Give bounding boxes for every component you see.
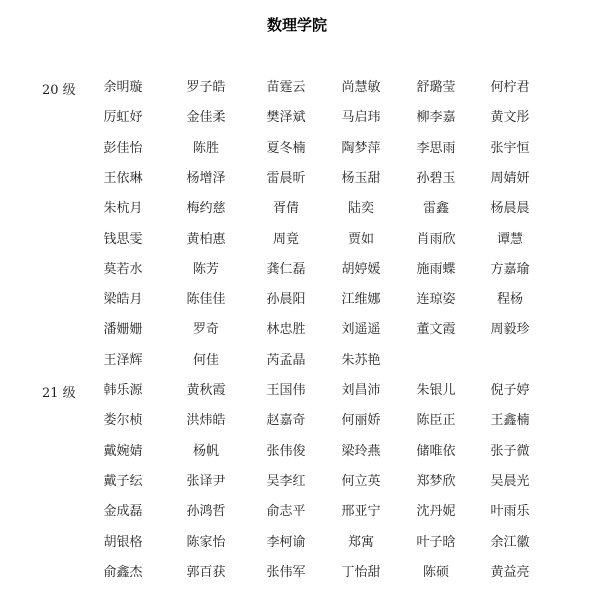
name-row: 潘姗姗罗奇林忠胜刘遥遥董文霞周毅珍 (0, 320, 594, 340)
name-row: 俞鑫杰郭百获张伟军丁怡甜陈硕黄益亮 (0, 563, 594, 583)
name-row: 彭佳怡陈胜夏冬楠陶梦萍李思雨张宇恒 (0, 139, 594, 159)
student-name: 施雨蝶 (403, 260, 469, 280)
student-name: 董文霞 (403, 320, 469, 340)
student-name: 孙晨阳 (253, 290, 319, 310)
student-name: 刘昌沛 (328, 381, 394, 401)
name-row: 戴婉婧杨帆张伟俊梁玲燕储唯依张子微 (0, 442, 594, 462)
student-name: 储唯依 (403, 442, 469, 462)
student-name: 舒璐莹 (403, 78, 469, 98)
student-name: 王国伟 (253, 381, 319, 401)
student-name: 王泽辉 (90, 351, 156, 371)
student-name: 彭佳怡 (90, 139, 156, 159)
student-name: 朱杭月 (90, 199, 156, 219)
student-name: 尚慧敏 (328, 78, 394, 98)
student-name: 何丽娇 (328, 411, 394, 431)
student-name: 倪子婷 (477, 381, 543, 401)
student-name: 何佳 (173, 351, 239, 371)
student-name: 杨晨晨 (477, 199, 543, 219)
student-name: 王依琳 (90, 169, 156, 189)
student-name: 黄文彤 (477, 108, 543, 128)
student-name: 郭百获 (173, 563, 239, 583)
student-name: 杨增泽 (173, 169, 239, 189)
student-name: 江维娜 (328, 290, 394, 310)
student-name: 贾如 (328, 230, 394, 250)
student-name: 龚仁磊 (253, 260, 319, 280)
student-name: 刘遥遥 (328, 320, 394, 340)
student-name: 胡银格 (90, 533, 156, 553)
student-name: 吴李红 (253, 472, 319, 492)
student-name: 王鑫楠 (477, 411, 543, 431)
student-name: 金成磊 (90, 502, 156, 522)
student-name: 余明璇 (90, 78, 156, 98)
student-name: 吴晨光 (477, 472, 543, 492)
student-name: 柳李嘉 (403, 108, 469, 128)
student-name: 梁皓月 (90, 290, 156, 310)
student-name: 金佳柔 (173, 108, 239, 128)
student-name: 方嘉瑜 (477, 260, 543, 280)
student-name: 苗霆云 (253, 78, 319, 98)
student-name: 厉虹妤 (90, 108, 156, 128)
student-name: 芮孟晶 (253, 351, 319, 371)
name-row: 余明璇罗子皓苗霆云尚慧敏舒璐莹何柠君 (0, 78, 594, 98)
student-name: 朱苏艳 (328, 351, 394, 371)
student-name: 洪炜皓 (173, 411, 239, 431)
student-name: 黄秋霞 (173, 381, 239, 401)
page-title: 数理学院 (0, 14, 594, 35)
student-name: 罗奇 (173, 320, 239, 340)
student-name: 肖雨欣 (403, 230, 469, 250)
name-row: 钱思雯黄柏惠周竟贾如肖雨欣谭慧 (0, 230, 594, 250)
student-name: 周婧妍 (477, 169, 543, 189)
student-name: 孙碧玉 (403, 169, 469, 189)
student-name: 林忠胜 (253, 320, 319, 340)
student-name: 胥倩 (253, 199, 319, 219)
student-name: 杨帆 (173, 442, 239, 462)
name-row: 朱杭月梅约慈胥倩陆奕雷鑫杨晨晨 (0, 199, 594, 219)
student-name: 俞鑫杰 (90, 563, 156, 583)
student-name: 张宇恒 (477, 139, 543, 159)
student-name: 陆奕 (328, 199, 394, 219)
name-row: 胡银格陈家怡李柯谕郑寓叶子晗余江徽 (0, 533, 594, 553)
student-name: 胡婷媛 (328, 260, 394, 280)
student-name: 朱银儿 (403, 381, 469, 401)
name-row: 娄尔桢洪炜皓赵嘉奇何丽娇陈臣正王鑫楠 (0, 411, 594, 431)
name-row: 王泽辉何佳芮孟晶朱苏艳 (0, 351, 594, 371)
student-name: 李柯谕 (253, 533, 319, 553)
student-name: 戴婉婧 (90, 442, 156, 462)
student-name: 陶梦萍 (328, 139, 394, 159)
student-name: 张译尹 (173, 472, 239, 492)
student-name: 何柠君 (477, 78, 543, 98)
student-name: 陈芳 (173, 260, 239, 280)
student-name: 陈臣正 (403, 411, 469, 431)
student-name: 谭慧 (477, 230, 543, 250)
name-row: 戴子纭张译尹吴李红何立英郑梦欣吴晨光 (0, 472, 594, 492)
student-name: 张伟军 (253, 563, 319, 583)
student-name: 连琼姿 (403, 290, 469, 310)
student-name: 李思雨 (403, 139, 469, 159)
student-name: 赵嘉奇 (253, 411, 319, 431)
name-row: 梁皓月陈佳佳孙晨阳江维娜连琼姿程杨 (0, 290, 594, 310)
student-name: 郑寓 (328, 533, 394, 553)
name-row: 王依琳杨增泽雷晨昕杨玉甜孙碧玉周婧妍 (0, 169, 594, 189)
student-name: 陈家怡 (173, 533, 239, 553)
student-name: 余江徽 (477, 533, 543, 553)
student-name: 俞志平 (253, 502, 319, 522)
student-name: 周毅珍 (477, 320, 543, 340)
student-name: 梁玲燕 (328, 442, 394, 462)
student-name: 潘姗姗 (90, 320, 156, 340)
student-name: 夏冬楠 (253, 139, 319, 159)
student-name: 孙鸿哲 (173, 502, 239, 522)
name-row: 金成磊孙鸿哲俞志平邢亚宁沈丹妮叶雨乐 (0, 502, 594, 522)
student-name: 周竟 (253, 230, 319, 250)
student-name: 韩乐源 (90, 381, 156, 401)
student-name: 陈胜 (173, 139, 239, 159)
student-name: 叶子晗 (403, 533, 469, 553)
student-name: 张子微 (477, 442, 543, 462)
student-name: 樊泽斌 (253, 108, 319, 128)
student-name: 梅约慈 (173, 199, 239, 219)
name-row: 厉虹妤金佳柔樊泽斌马启玮柳李嘉黄文彤 (0, 108, 594, 128)
student-name: 邢亚宁 (328, 502, 394, 522)
student-name: 马启玮 (328, 108, 394, 128)
student-name: 何立英 (328, 472, 394, 492)
student-name: 黄益亮 (477, 563, 543, 583)
student-name: 雷晨昕 (253, 169, 319, 189)
student-name: 罗子皓 (173, 78, 239, 98)
name-row: 莫若水陈芳龚仁磊胡婷媛施雨蝶方嘉瑜 (0, 260, 594, 280)
student-name: 程杨 (477, 290, 543, 310)
student-name: 张伟俊 (253, 442, 319, 462)
student-name: 莫若水 (90, 260, 156, 280)
student-name: 陈硕 (403, 563, 469, 583)
student-name: 郑梦欣 (403, 472, 469, 492)
name-row: 韩乐源黄秋霞王国伟刘昌沛朱银儿倪子婷 (0, 381, 594, 401)
student-name: 戴子纭 (90, 472, 156, 492)
student-name: 雷鑫 (403, 199, 469, 219)
student-name: 杨玉甜 (328, 169, 394, 189)
student-name: 叶雨乐 (477, 502, 543, 522)
student-name: 黄柏惠 (173, 230, 239, 250)
student-name: 钱思雯 (90, 230, 156, 250)
student-name: 丁怡甜 (328, 563, 394, 583)
student-name: 沈丹妮 (403, 502, 469, 522)
student-name: 娄尔桢 (90, 411, 156, 431)
student-name: 陈佳佳 (173, 290, 239, 310)
